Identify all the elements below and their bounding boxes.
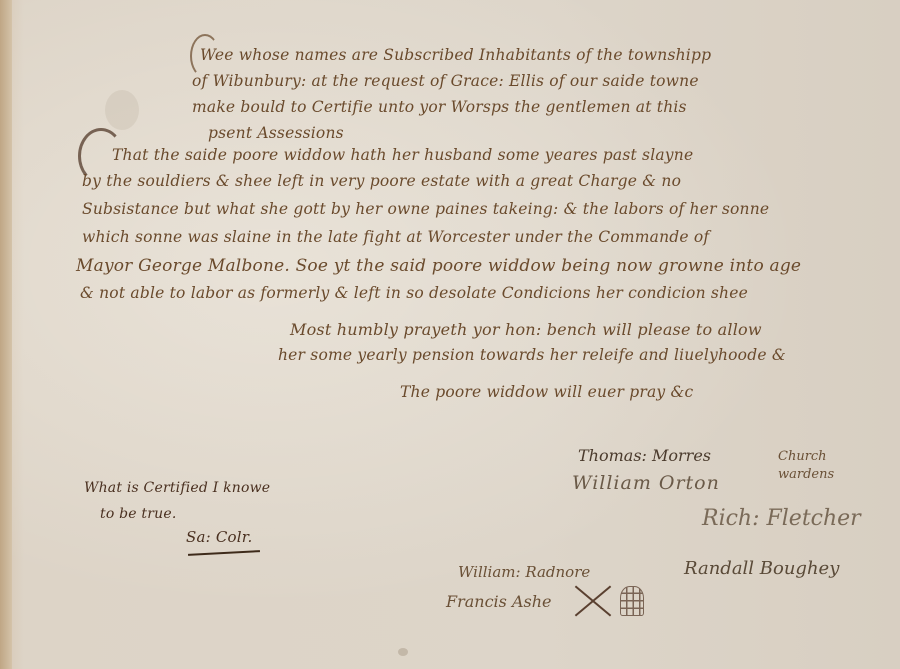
prayer-line: her some yearly pension towards her rele… <box>278 346 786 364</box>
signatory-mark <box>620 586 644 616</box>
manuscript-page: Wee whose names are Subscribed Inhabitan… <box>0 0 900 669</box>
signature: Randall Boughey <box>684 558 839 579</box>
prayer-line: The poore widdow will euer pray &c <box>400 383 693 401</box>
signature-underline <box>188 550 260 556</box>
body-line: & not able to labor as formerly & left i… <box>80 284 748 302</box>
paper-stain <box>398 648 408 656</box>
prayer-line: Most humbly prayeth yor hon: bench will … <box>290 320 762 339</box>
body-line: Subsistance but what she gott by her own… <box>82 200 769 218</box>
body-line: of Wibunbury: at the request of Grace: E… <box>192 72 699 90</box>
churchwardens-label: Church wardens <box>778 448 878 484</box>
body-line: which sonne was slaine in the late fight… <box>82 228 709 246</box>
signature: William: Radnore <box>458 563 590 581</box>
signature-churchwarden: William Orton <box>572 472 720 494</box>
body-line: That the saide poore widdow hath her hus… <box>112 146 693 164</box>
signature-churchwarden: Thomas: Morres <box>578 446 711 465</box>
certifier-signature: Sa: Colr. <box>186 528 252 546</box>
body-line: Mayor George Malbone. Soe yt the said po… <box>76 256 801 276</box>
certification-line: to be true. <box>100 506 176 522</box>
page-edge <box>0 0 12 669</box>
signature: Francis Ashe <box>446 592 552 611</box>
body-line: by the souldiers & shee left in very poo… <box>82 172 681 190</box>
body-line: Wee whose names are Subscribed Inhabitan… <box>200 46 711 64</box>
body-line: psent Assessions <box>208 124 344 142</box>
certification-line: What is Certified I knowe <box>84 480 270 496</box>
paper-stain <box>105 90 139 130</box>
signature: Rich: Fletcher <box>702 506 861 531</box>
body-line: make bould to Certifie unto yor Worsps t… <box>192 98 687 116</box>
